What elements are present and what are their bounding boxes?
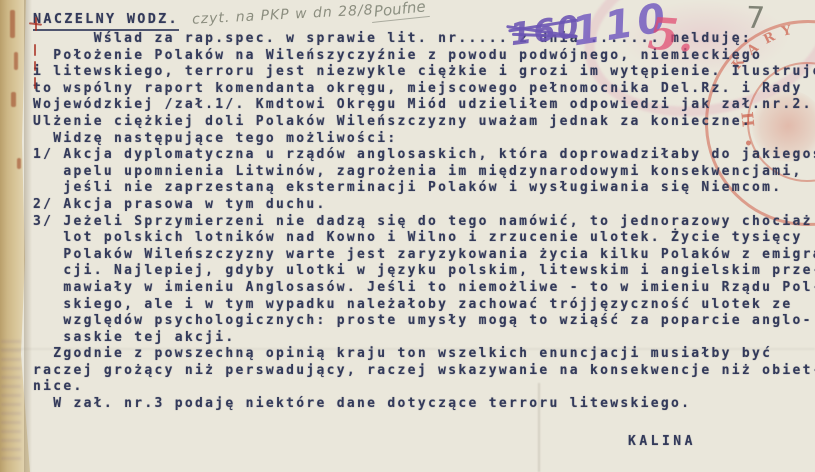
text-line: Ulżenie ciężkiej doli Polaków Wileńszczy… bbox=[33, 114, 815, 131]
red-dash-mark bbox=[34, 44, 36, 56]
text-line: lot polskich lotników nad Kowno i Wilno … bbox=[33, 230, 815, 247]
text-line: względów psychologicznych: proste umysły… bbox=[33, 313, 815, 330]
rust-mark bbox=[17, 158, 21, 169]
red-dash-mark bbox=[34, 61, 36, 71]
edge-ink-smudge bbox=[1, 335, 21, 460]
text-line: W zał. nr.3 podaję niektóre dane dotyczą… bbox=[33, 396, 815, 413]
document-header: NACZELNY WODZ. bbox=[33, 11, 179, 31]
document-body: Wślad za rap.spec. w sprawie lit. nr....… bbox=[33, 31, 815, 413]
red-check-mark bbox=[35, 17, 37, 31]
rust-mark bbox=[10, 10, 15, 38]
text-line: nice. bbox=[33, 379, 815, 396]
rust-mark bbox=[11, 92, 16, 107]
text-line: 2/ Akcja prasowa w tym duchu. bbox=[33, 197, 815, 214]
document-scan: K A R Y H • NACZELNY WODZ. Wślad za rap.… bbox=[0, 0, 815, 472]
text-line: 3/ Jeżeli Sprzymierzeni nie dadzą się do… bbox=[33, 214, 815, 231]
red-dash-mark bbox=[34, 77, 36, 89]
text-line: saskie tej akcji. bbox=[33, 330, 815, 347]
text-line: 1/ Akcja dyplomatyczna u rządów anglosas… bbox=[33, 147, 815, 164]
text-line: cji. Najlepiej, gdyby ulotki w języku po… bbox=[33, 263, 815, 280]
rust-mark bbox=[14, 52, 18, 70]
text-line: raczej grożący niż perswadujący, raczej … bbox=[33, 363, 815, 380]
text-line: to wspólny raport komendanta okręgu, mie… bbox=[33, 81, 815, 98]
text-line: skiego, ale i w tym wypadku należałoby z… bbox=[33, 297, 815, 314]
page-number: 7 bbox=[745, 1, 765, 37]
classification-note: Poufne bbox=[370, 0, 430, 23]
red-crayon-number: 5. bbox=[646, 8, 695, 62]
pencil-annotation: czyt. na PKP w dn 28/8 bbox=[192, 2, 374, 27]
text-line: jeśli nie zaprzestaną eksterminacji Pola… bbox=[33, 180, 815, 197]
text-line: Widzę następujące tego możliwości: bbox=[33, 131, 815, 148]
text-line: Polaków Wileńszczyzny warte jest zaryzyk… bbox=[33, 247, 815, 264]
text-line: Wślad za rap.spec. w sprawie lit. nr....… bbox=[33, 31, 815, 48]
text-line: i litewskiego, terroru jest niezwykle ci… bbox=[33, 64, 815, 81]
signature: KALINA bbox=[628, 434, 696, 449]
text-line: apelu upomnienia Litwinów, zagrożenia im… bbox=[33, 164, 815, 181]
text-line: Położenie Polaków na Wileńszyczyźnie z p… bbox=[33, 48, 815, 65]
text-line: Zgodnie z powszechną opinią kraju ton ws… bbox=[33, 346, 815, 363]
text-line: Wojewódzkiej /zał.1/. Kmdtowi Okręgu Mió… bbox=[33, 97, 815, 114]
page-edge-shadow bbox=[24, 0, 32, 472]
text-line: mawiały w imieniu Anglosasów. Jeśli to n… bbox=[33, 280, 815, 297]
